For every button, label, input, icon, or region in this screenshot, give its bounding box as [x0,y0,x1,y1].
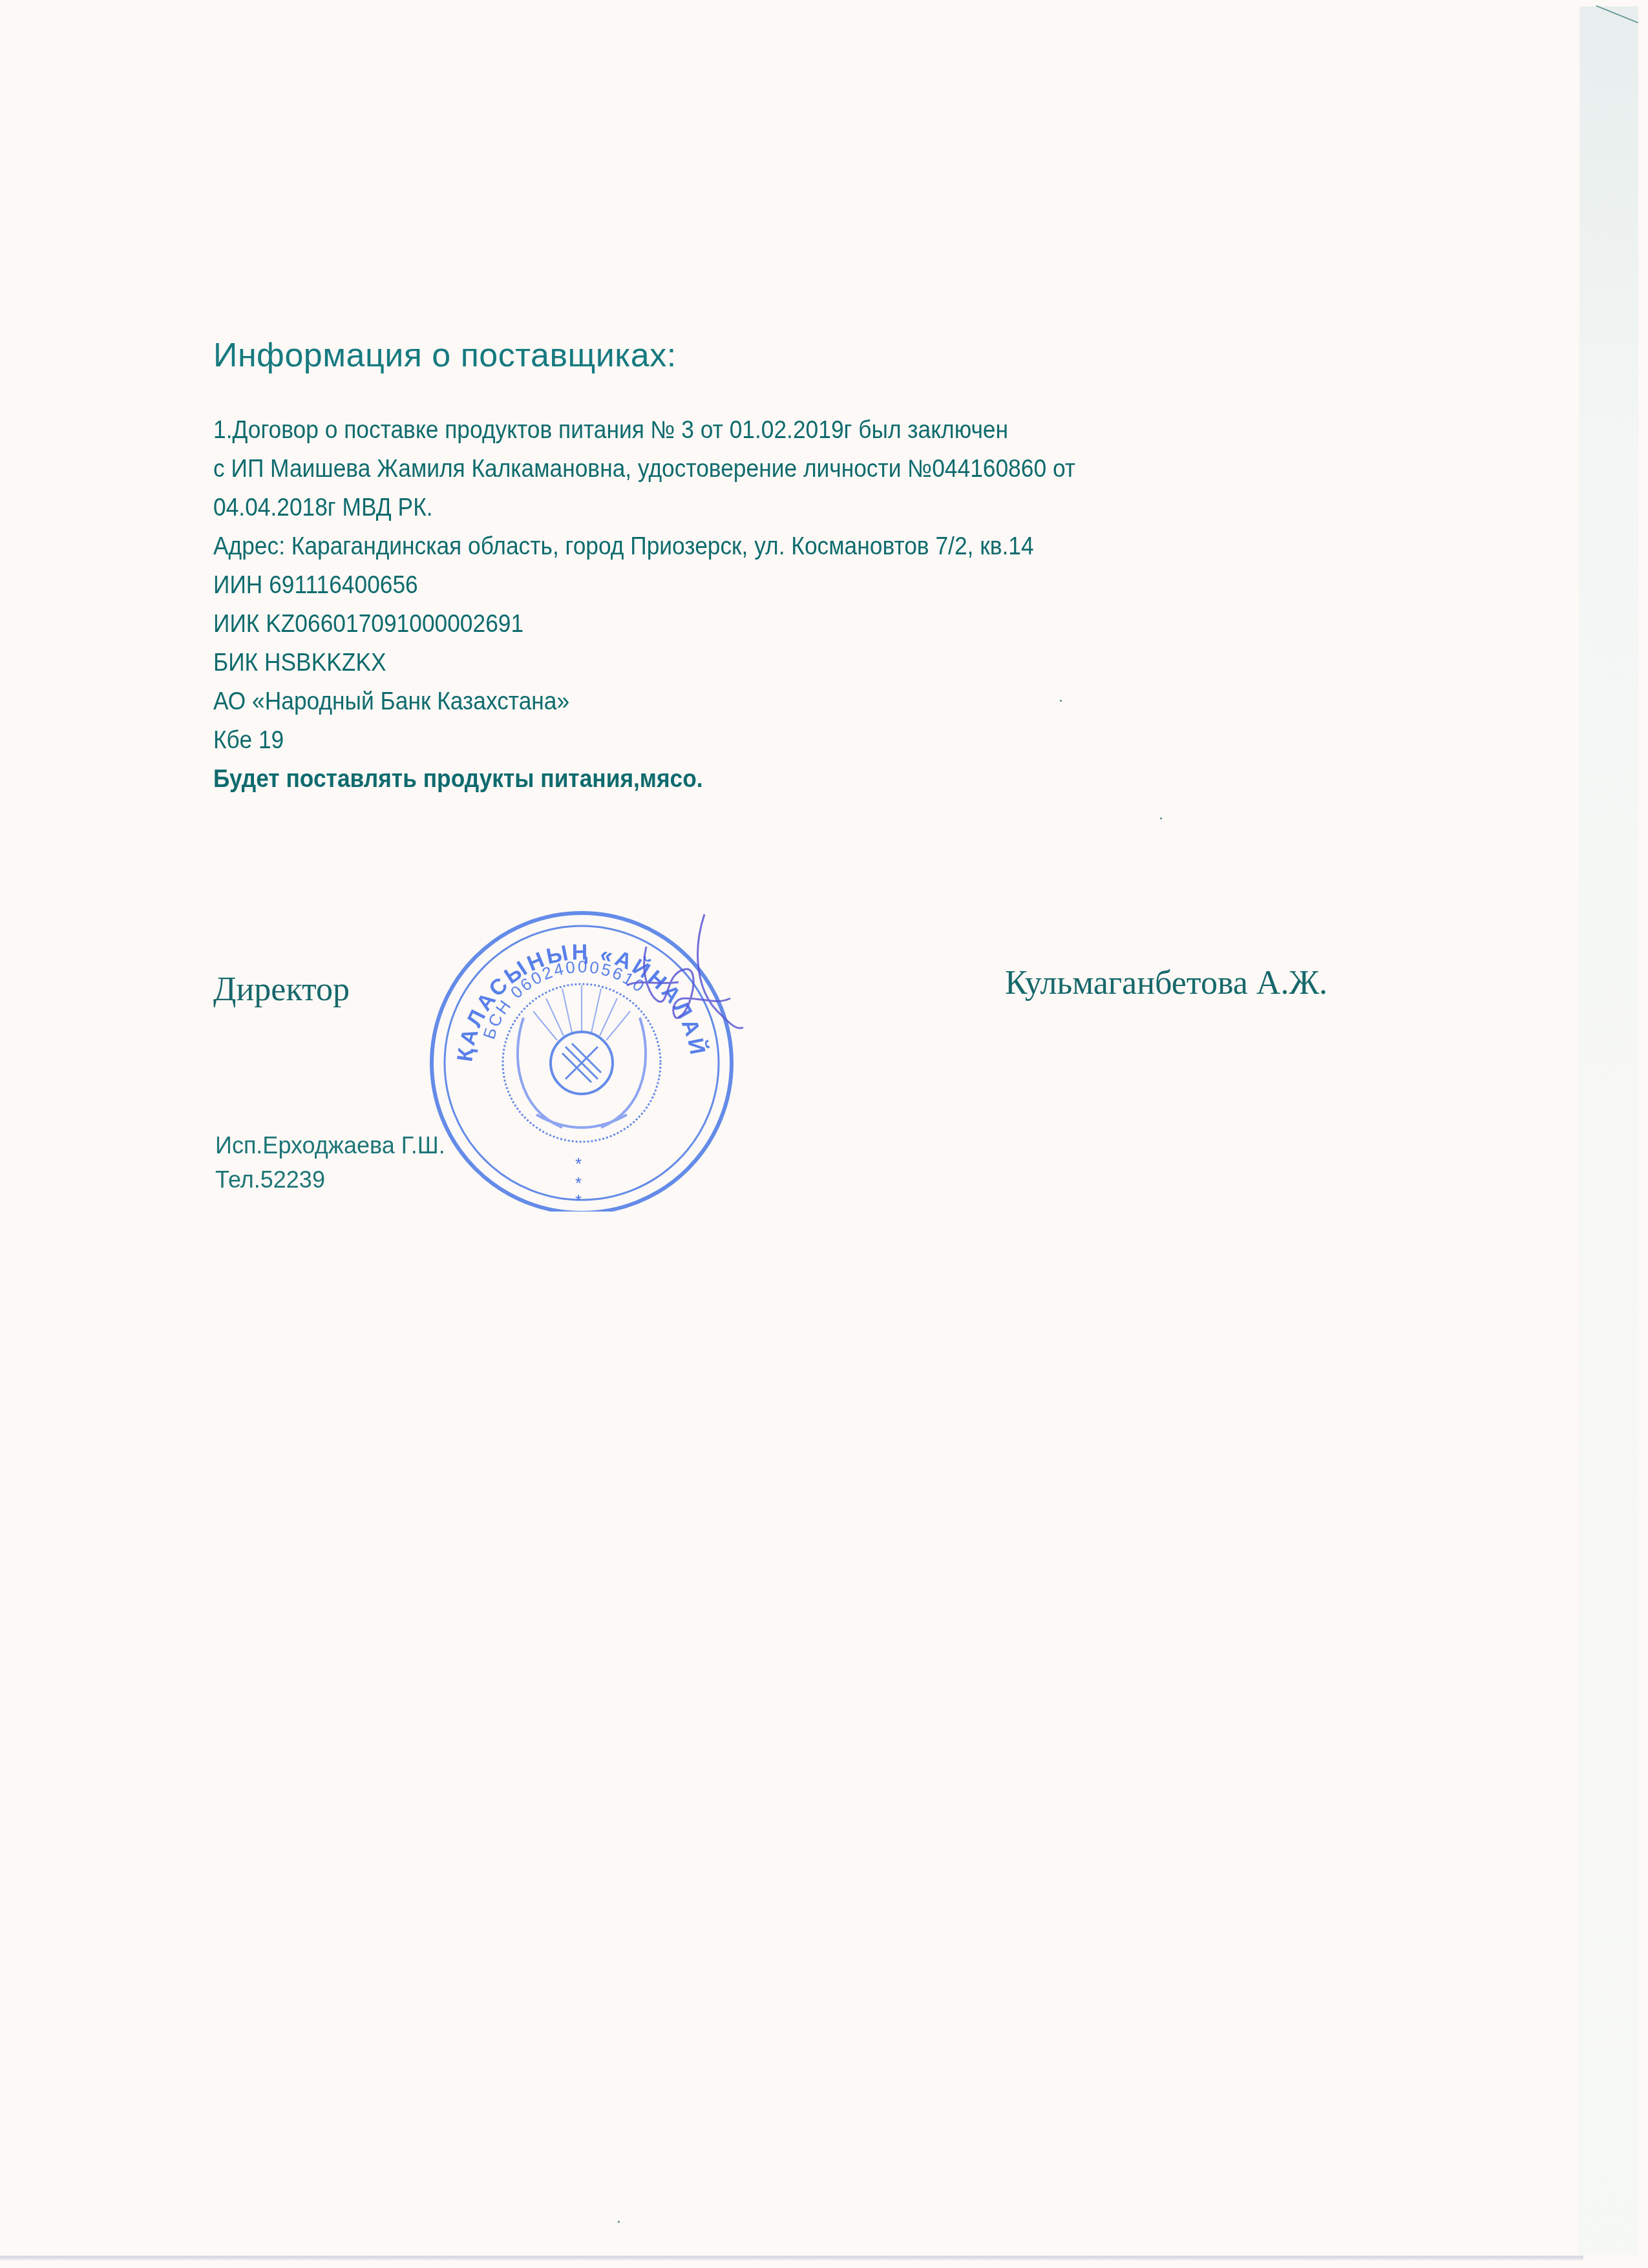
supply-note: Будет поставлять продукты питания,мясо. [213,766,703,793]
scan-speck [1160,817,1162,819]
kbe-line: Кбе 19 [213,727,284,755]
contract-line: 1.Договор о поставке продуктов питания №… [213,417,1008,445]
bank-line: АО «Народный Банк Казахстана» [213,688,569,716]
scan-page-edge [1579,6,1638,2255]
address-line: Адрес: Карагандинская область, город При… [213,533,1034,561]
executor-phone: Тел.52239 [215,1166,325,1193]
director-label: Директор [213,971,350,1009]
id-issue-line: 04.04.2018г МВД РК. [213,494,433,522]
scan-speck [1060,700,1062,702]
director-name: Кульмаганбетова А.Ж. [1005,964,1327,1002]
scan-bottom-edge [0,2256,1583,2261]
iin-line: ИИН 691116400656 [213,572,418,600]
executor-name: Исп.Ерходжаева Г.Ш. [215,1132,445,1159]
svg-text:*: * [575,1191,582,1210]
svg-text:*: * [575,1154,582,1173]
document-heading: Информация о поставщиках: [213,336,677,375]
svg-text:*: * [575,1173,582,1193]
official-stamp-icon: ҚАЛАСЫНЫҢ «АЙНАЛАЙЫН» БӨБЕКЖАЙЫ БСН 0602… [414,901,750,1212]
scan-speck [618,2221,620,2223]
bik-line: БИК HSBKKZKX [213,649,386,677]
contractor-line: с ИП Маишева Жамиля Калкамановна, удосто… [213,456,1075,483]
iik-line: ИИК KZ066017091000002691 [213,611,523,638]
